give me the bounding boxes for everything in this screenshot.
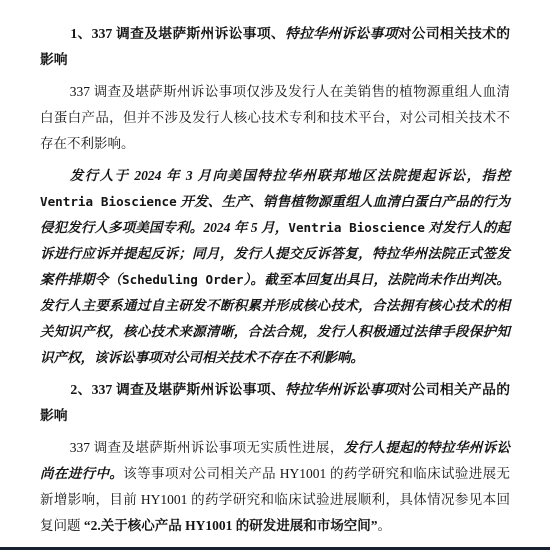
section-1-heading: 1、337 调查及堪萨斯州诉讼事项、特拉华州诉讼事项对公司相关技术的影响 [40,21,510,73]
document-page: 1、337 调查及堪萨斯州诉讼事项、特拉华州诉讼事项对公司相关技术的影响 337… [0,0,550,552]
para-delaware-lawsuit: 发行人于 2024 年 3 月向美国特拉华州联邦地区法院提起诉讼，指控 Vent… [40,163,510,371]
product-impact-run-3: 。 [378,518,392,533]
lawsuit-company-name: Ventria Bioscience [40,194,177,209]
para-product-impact: 337 调查及堪萨斯州诉讼事项无实质性进展，发行人提起的特拉华州诉讼尚在进行中。… [40,435,510,539]
section-2-heading-kai-run: 特拉华州诉讼事项 [285,382,398,397]
page-bottom-rule [0,547,550,550]
section-1-heading-song-run: 1、337 调查及堪萨斯州诉讼事项、 [70,26,285,41]
lawsuit-run-1: 发行人于 2024 年 3 月向美国特拉华州联邦地区法院提起诉讼，指控 [70,168,510,183]
lawsuit-company-name-2: Ventria Bioscience [288,220,425,235]
section-2-heading-song-run: 2、337 调查及堪萨斯州诉讼事项、 [70,382,285,397]
section-2-heading: 2、337 调查及堪萨斯州诉讼事项、特拉华州诉讼事项对公司相关产品的影响 [40,377,510,429]
lawsuit-scheduling-order-term: Scheduling Order [122,272,243,287]
product-impact-run-1: 337 调查及堪萨斯州诉讼事项无实质性进展， [70,440,344,455]
product-impact-reference-title: “2.关于核心产品 HY1001 的研发进展和市场空间” [84,518,378,533]
para-technology-scope: 337 调查及堪萨斯州诉讼事项仅涉及发行人在美销售的植物源重组人血清白蛋白产品，… [40,79,510,157]
para-technology-scope-text: 337 调查及堪萨斯州诉讼事项仅涉及发行人在美销售的植物源重组人血清白蛋白产品，… [40,84,510,151]
section-1-heading-kai-run: 特拉华州诉讼事项 [285,26,398,41]
